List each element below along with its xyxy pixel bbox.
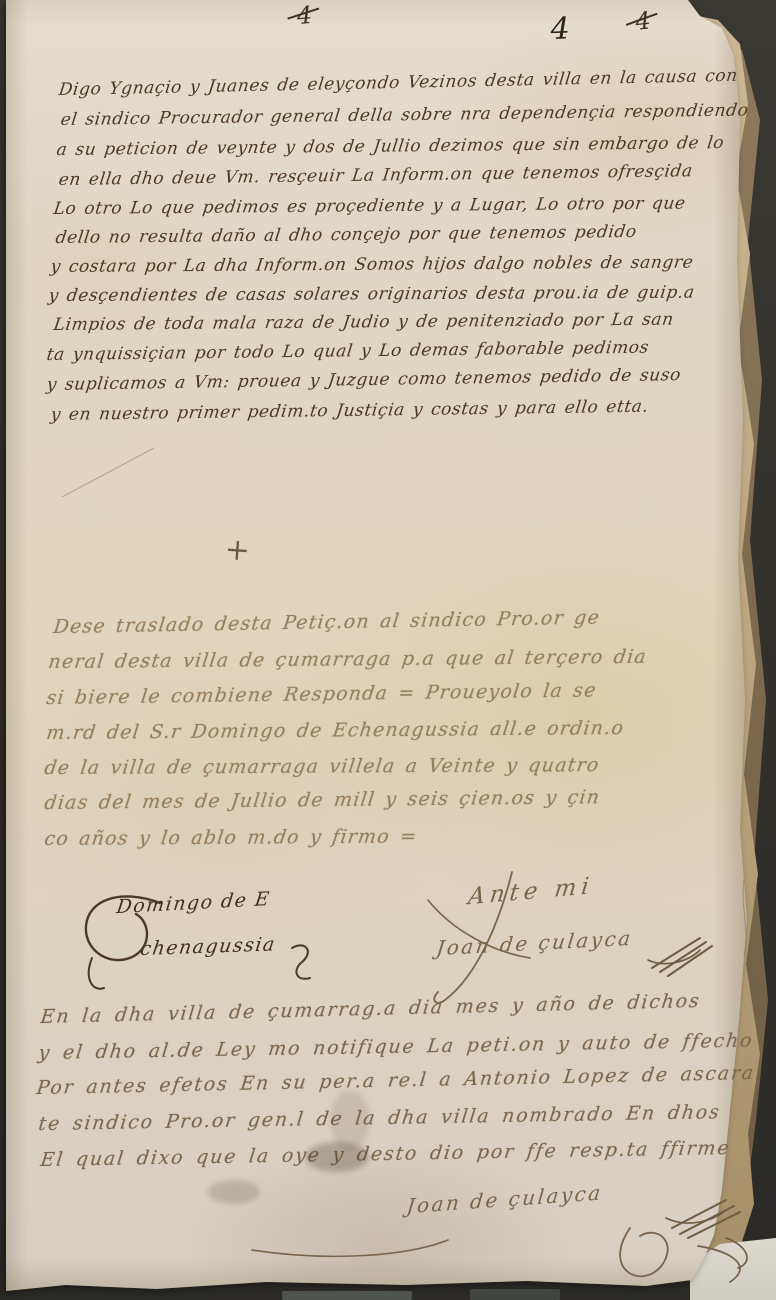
page-number: 4 — [550, 11, 570, 47]
ink-smudge — [305, 1142, 369, 1172]
top-mark-crossed-right: 4 — [634, 6, 652, 35]
top-mark-crossed-left: 4 — [296, 1, 313, 30]
ink-smudge — [330, 1090, 370, 1150]
ink-bleedthrough — [90, 488, 650, 534]
manuscript-scan: 4 4 4 Digo Ygnaçio y Juanes de eleyçondo… — [0, 0, 776, 1300]
petition-line-8: y desçendientes de casas solares origina… — [47, 283, 696, 306]
section-cross-mark: + — [224, 532, 252, 569]
decree-line-7: co años y lo ablo m.do y firmo = — [43, 825, 419, 850]
scanner-bed-strip — [470, 1289, 560, 1300]
decree-line-5: de la villa de çumarraga villela a Veint… — [43, 754, 601, 779]
scanner-bed-strip — [282, 1291, 412, 1300]
ink-smudge — [208, 1180, 260, 1204]
